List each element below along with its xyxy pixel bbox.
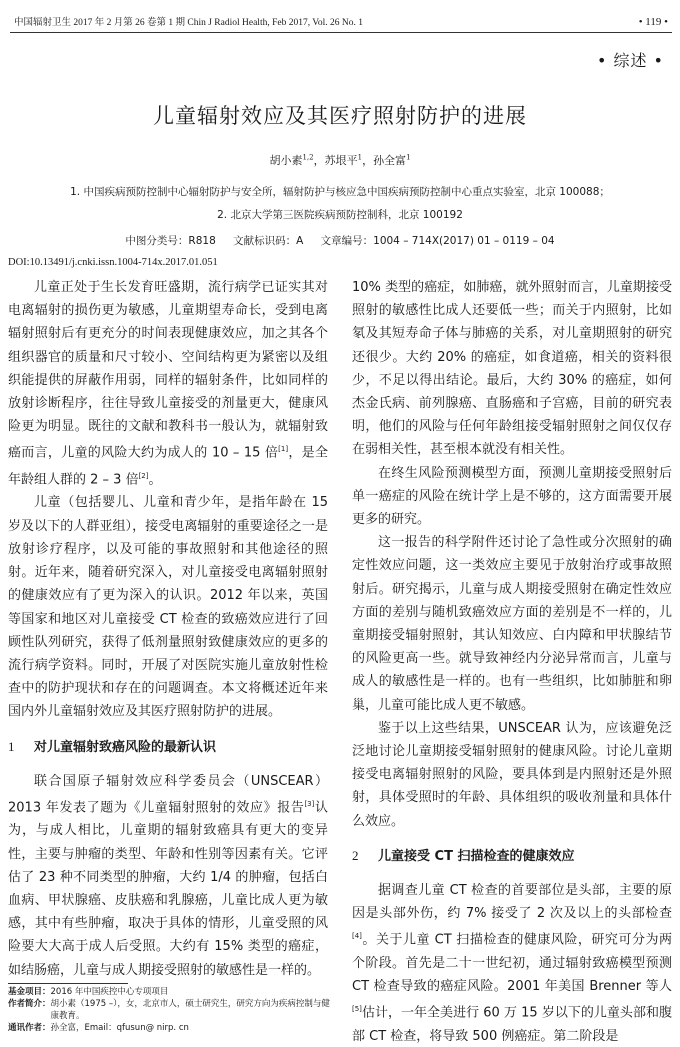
citation-ref[interactable]: [5] — [352, 1005, 362, 1013]
paragraph: 在终生风险预测模型方面，预测儿童期接受照射后单一癌症的风险在统计学上是不够的，这… — [352, 462, 672, 532]
footnotes: 基金项目：2016 年中国疾控中心专项项目 作者简介：胡小素（1975 –），女… — [8, 986, 333, 1034]
author-name: 胡小素 — [269, 154, 302, 167]
paragraph: 联合国原子辐射效应科学委员会（UNSCEAR）2013 年发表了题为《儿童辐射照… — [8, 770, 328, 982]
clc-number: 中图分类号：R818 — [125, 235, 215, 247]
author-affiliation-marker: 1 — [358, 153, 362, 161]
paragraph: 鉴于以上这些结果，UNSCEAR 认为，应该避免泛泛地讨论儿童期接受辐射照射的健… — [352, 717, 672, 833]
page-number: • 119 • — [639, 14, 668, 30]
footnote-corresponding-author: 通讯作者：孙全富，Email：qfusun@ nirp. cn — [8, 1022, 333, 1034]
author-list: 胡小素1,2，苏垠平1，孙全富1 — [0, 152, 680, 168]
citation-ref[interactable]: [3] — [304, 800, 314, 808]
section-title: 儿童接受 CT 扫描检查的健康效应 — [378, 849, 574, 864]
affiliation-2: 2. 北京大学第三医院疾病预防控制科，北京 100192 — [0, 207, 680, 222]
citation-ref[interactable]: [2] — [139, 472, 149, 480]
paragraph: 据调查儿童 CT 检查的首要部位是头部，主要的原因是头部外伤，约 7% 接受了 … — [352, 879, 672, 1047]
citation-ref[interactable]: [4] — [352, 932, 362, 940]
footnote-divider — [8, 983, 128, 984]
author-affiliation-marker: 1,2 — [302, 153, 313, 161]
body-column-left: 儿童正处于生长发育旺盛期，流行病学已证实其对电离辐射的损伤更为敏感，儿童期望寿命… — [8, 276, 328, 982]
paragraph: 儿童正处于生长发育旺盛期，流行病学已证实其对电离辐射的损伤更为敏感，儿童期望寿命… — [8, 276, 328, 491]
author-name: 苏垠平 — [325, 154, 358, 167]
section-heading-1: 1对儿童辐射致癌风险的最新认识 — [8, 735, 328, 759]
article-title: 儿童辐射效应及其医疗照射防护的进展 — [0, 100, 680, 130]
footnote-funding: 基金项目：2016 年中国疾控中心专项项目 — [8, 986, 333, 998]
doi: DOI:10.13491/j.cnki.issn.1004-714x.2017.… — [8, 257, 218, 268]
paragraph: 儿童（包括婴儿、儿童和青少年，是指年龄在 15 岁及以下的人群亚组），接受电离辐… — [8, 491, 328, 723]
citation-ref[interactable]: [1] — [278, 445, 288, 453]
classification-info: 中图分类号：R818 文献标识码：A 文章编号：1004 – 714X(2017… — [0, 233, 680, 248]
journal-citation-line: 中国辐射卫生 2017 年 2 月第 26 卷第 1 期 Chin J Radi… — [14, 15, 363, 31]
body-column-right: 10% 类型的癌症，如肺癌，就外照射而言，儿童期接受照射的敏感性比成人还要低一些… — [352, 276, 672, 1047]
author-affiliation-marker: 1 — [406, 153, 410, 161]
section-number: 1 — [8, 735, 34, 758]
running-header: 中国辐射卫生 2017 年 2 月第 26 卷第 1 期 Chin J Radi… — [10, 14, 672, 33]
section-title: 对儿童辐射致癌风险的最新认识 — [34, 740, 216, 755]
paragraph-continued: 10% 类型的癌症，如肺癌，就外照射而言，儿童期接受照射的敏感性比成人还要低一些… — [352, 276, 672, 462]
document-code: 文献标识码：A — [233, 235, 303, 247]
section-heading-2: 2儿童接受 CT 扫描检查的健康效应 — [352, 844, 672, 868]
affiliation-1: 1. 中国疾病预防控制中心辐射防护与安全所，辐射防护与核应急中国疾病预防控制中心… — [0, 184, 680, 199]
paragraph: 这一报告的科学附件还讨论了急性或分次照射的确定性效应问题，这一类效应主要见于放射… — [352, 531, 672, 717]
article-type-label: • 综述 • — [597, 48, 664, 71]
footnote-author-bio: 作者简介：胡小素（1975 –），女，北京市人，硕士研究生，研究方向为疾病控制与… — [8, 998, 333, 1022]
article-number: 文章编号：1004 – 714X(2017) 01 – 0119 – 04 — [321, 235, 555, 247]
section-number: 2 — [352, 844, 378, 867]
author-name: 孙全富 — [373, 154, 406, 167]
